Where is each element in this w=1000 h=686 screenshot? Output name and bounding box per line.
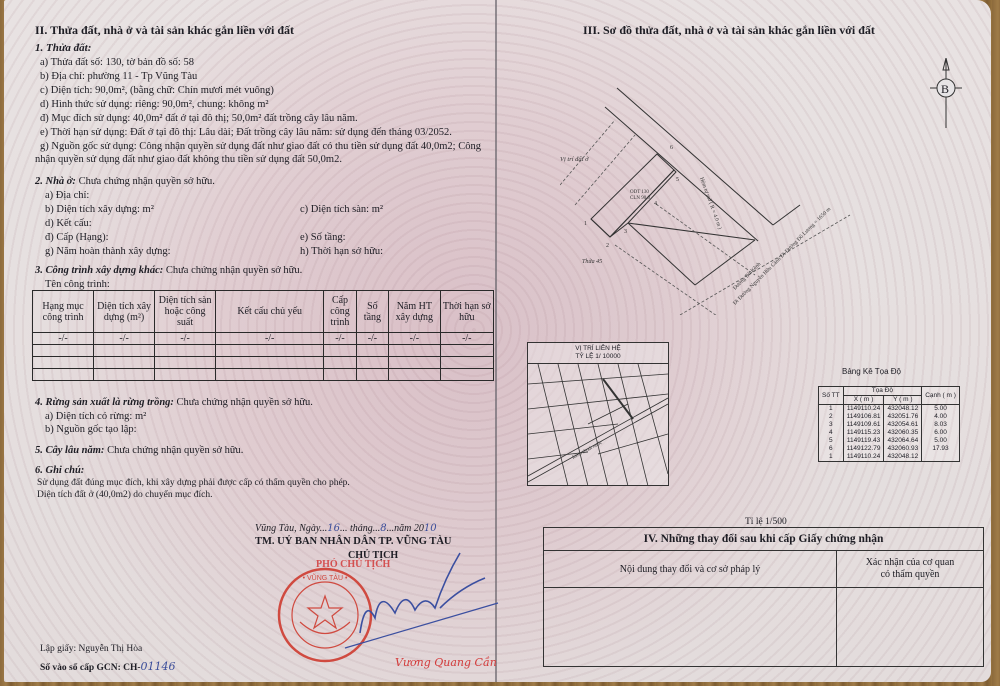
signature-scribble <box>320 548 500 658</box>
coord-cell: 1149122.79 <box>843 445 884 453</box>
changes-content-cell <box>544 588 837 667</box>
house-heading: 2. Nhà ở: <box>35 176 76 187</box>
works-cell: -/- <box>389 333 441 345</box>
col-coord: Tọa Độ <box>843 387 922 396</box>
coord-row: 21149106.81432051.764.00 <box>819 413 960 421</box>
works-col-header: Diện tích xây dựng (m²) <box>94 291 155 333</box>
prepared-by: Lập giấy: Nguyễn Thị Hòa <box>40 643 142 656</box>
works-cell: -/- <box>440 333 493 345</box>
plot-area: CLN 90.0 <box>630 196 651 201</box>
location-map: VỊ TRÍ LIÊN HỆ TỶ LỆ 1/ 10000 Kênh thoát… <box>527 342 669 486</box>
coord-cell: 1149110.24 <box>843 453 884 462</box>
section-ii-title: II. Thửa đất, nhà ở và tài sản khác gắn … <box>35 24 294 37</box>
location-map-header: VỊ TRÍ LIÊN HỆ TỶ LỆ 1/ 10000 <box>528 343 668 364</box>
works-cell <box>356 369 388 381</box>
other-works-table: Hạng mục công trìnhDiện tích xây dựng (m… <box>32 290 494 381</box>
works-cell <box>356 345 388 357</box>
works-col-header: Năm HT xây dựng <box>389 291 441 333</box>
coord-cell: 5.00 <box>922 405 960 414</box>
coord-row: 11149110.24432048.12 <box>819 453 960 462</box>
coord-cell: 6.00 <box>922 429 960 437</box>
site-label: Vị trí đất ở <box>560 156 589 163</box>
works-col-header: Thời hạn sở hữu <box>440 291 493 333</box>
works-cell <box>389 357 441 369</box>
svg-text:1: 1 <box>584 221 587 227</box>
house-status: Chưa chứng nhận quyền sở hữu. <box>76 176 215 187</box>
coord-cell: 1 <box>819 453 844 462</box>
house-e: e) Số tầng: <box>300 231 346 244</box>
works-cell: -/- <box>94 333 155 345</box>
works-cell <box>94 345 155 357</box>
coord-table-title: Bảng Kê Tọa Độ <box>842 367 901 376</box>
coord-cell: 6 <box>819 445 844 453</box>
coord-cell: 1149110.24 <box>843 405 884 414</box>
coord-cell: 432051.76 <box>884 413 922 421</box>
works-cell <box>216 357 324 369</box>
works-row: -/--/--/--/--/--/--/--/- <box>33 333 494 345</box>
coord-cell: 1149119.43 <box>843 437 884 445</box>
works-cell <box>389 369 441 381</box>
works-cell <box>33 357 94 369</box>
works-col-header: Kết cấu chủ yếu <box>216 291 324 333</box>
perennial-status: Chưa chứng nhận quyền sở hữu. <box>104 445 243 456</box>
gcn-label: Số vào sổ cấp GCN: CH- <box>40 663 141 673</box>
svg-text:3: 3 <box>624 229 627 235</box>
date-prefix: Vũng Tàu, Ngày <box>255 523 320 534</box>
house-b: b) Diện tích xây dựng: m² <box>45 203 154 216</box>
works-cell <box>389 345 441 357</box>
works-cell <box>324 369 356 381</box>
changes-title: IV. Những thay đổi sau khi cấp Giấy chứn… <box>544 528 984 551</box>
land-c: c) Diện tích: 90,0m², (bằng chữ: Chín mư… <box>40 84 274 97</box>
plot-code: ODT 130 <box>630 190 649 195</box>
works-cell: -/- <box>324 333 356 345</box>
changes-col1: Nội dung thay đổi và cơ sở pháp lý <box>544 551 837 588</box>
date-month: 8 <box>380 523 386 534</box>
date-year: 10 <box>424 523 437 534</box>
coord-cell: 4 <box>819 429 844 437</box>
works-cell <box>216 369 324 381</box>
gcn-number: 01146 <box>141 660 176 673</box>
svg-text:Đi Đường Nguyễn Hữu Cảnh Đi Đ: Đi Đường Nguyễn Hữu Cảnh Đi Đường Đô Lươ… <box>731 205 832 306</box>
coord-cell: 1149115.23 <box>843 429 884 437</box>
section-iii-title: III. Sơ đồ thửa đất, nhà ở và tài sản kh… <box>583 24 875 37</box>
signer-name: Vương Quang Cần <box>395 656 497 669</box>
location-map-scale: TỶ LỆ 1/ 10000 <box>528 353 668 361</box>
svg-text:4: 4 <box>654 201 657 207</box>
street-map-drawing: Kênh thoát nước <box>528 364 668 486</box>
coord-table: Số TT Tọa Độ Cạnh ( m ) X ( m ) Y ( m ) … <box>818 386 960 462</box>
changes-confirm-cell <box>837 588 984 667</box>
works-col-header: Số tầng <box>356 291 388 333</box>
year-label: năm 20 <box>394 523 424 534</box>
changes-table: IV. Những thay đổi sau khi cấp Giấy chứn… <box>543 527 984 667</box>
coord-cell: 432048.12 <box>884 453 922 462</box>
works-cell <box>33 369 94 381</box>
forest-status: Chưa chứng nhận quyền sở hữu. <box>174 397 313 408</box>
land-heading: 1. Thửa đất: <box>35 42 91 55</box>
sign-date: Vũng Tàu, Ngày...16... tháng...8...năm 2… <box>255 522 437 535</box>
works-col-header: Hạng mục công trình <box>33 291 94 333</box>
coord-row: 31149109.61432054.618.03 <box>819 421 960 429</box>
works-cell <box>216 345 324 357</box>
coord-row: 51149119.43432064.645.00 <box>819 437 960 445</box>
house-a: a) Địa chỉ: <box>45 189 89 202</box>
land-g1: g) Nguồn gốc sử dụng: Công nhận quyền sử… <box>40 140 481 153</box>
works-cell <box>155 357 216 369</box>
perennial-heading: 5. Cây lâu năm: <box>35 445 104 456</box>
forest-a: a) Diện tích có rừng: m² <box>45 410 146 423</box>
coord-row: 61149122.79432060.9317.93 <box>819 445 960 453</box>
coord-cell: 432048.12 <box>884 405 922 414</box>
forest-heading: 4. Rừng sản xuất là rừng trồng: <box>35 397 174 408</box>
works-cell: -/- <box>216 333 324 345</box>
works-cell <box>356 357 388 369</box>
coord-cell: 8.03 <box>922 421 960 429</box>
house-d: d) Kết cấu: <box>45 217 92 230</box>
land-g2: nhận quyền sử dụng đất như giao đất khôn… <box>35 153 342 166</box>
coord-cell: 432060.35 <box>884 429 922 437</box>
coord-cell: 432054.61 <box>884 421 922 429</box>
other-works-heading: 3. Công trình xây dựng khác: <box>35 265 163 276</box>
works-cell <box>440 345 493 357</box>
land-a: a) Thửa đất số: 130, tờ bản đồ số: 58 <box>40 56 194 69</box>
date-day: 16 <box>327 523 340 534</box>
coord-cell: 5.00 <box>922 437 960 445</box>
works-cell: -/- <box>155 333 216 345</box>
works-row <box>33 369 494 381</box>
coord-cell: 432060.93 <box>884 445 922 453</box>
works-cell <box>94 357 155 369</box>
coord-cell: 1 <box>819 405 844 414</box>
works-row <box>33 345 494 357</box>
works-row <box>33 357 494 369</box>
works-cell <box>440 357 493 369</box>
works-cell: -/- <box>356 333 388 345</box>
house-c: c) Diện tích sàn: m² <box>300 203 383 216</box>
gcn-line: Số vào sổ cấp GCN: CH-01146 <box>40 660 176 675</box>
house-heading-line: 2. Nhà ở: Chưa chứng nhận quyền sở hữu. <box>35 175 215 188</box>
land-dd: đ) Mục đích sử dụng: 40,0m² đất ở tại đô… <box>40 112 358 125</box>
north-label: B <box>941 82 949 97</box>
changes-col2: Xác nhận của cơ quancó thẩm quyền <box>837 551 984 588</box>
notes-line2: Diện tích đất ở (40,0m2) do chuyển mục đ… <box>37 489 212 502</box>
month-label: tháng <box>350 523 373 534</box>
col-x: X ( m ) <box>843 396 884 405</box>
col-edge: Cạnh ( m ) <box>922 387 960 405</box>
coord-cell: 5 <box>819 437 844 445</box>
col-no: Số TT <box>819 387 844 405</box>
forest-b: b) Nguồn gốc tạo lập: <box>45 423 137 436</box>
works-cell <box>155 369 216 381</box>
house-dd: đ) Cấp (Hạng): <box>45 231 109 244</box>
location-map-title: VỊ TRÍ LIÊN HỆ <box>528 345 668 353</box>
house-g: g) Năm hoàn thành xây dựng: <box>45 245 171 258</box>
works-cell <box>155 345 216 357</box>
svg-text:Hẻm tự mở ( R = 4.0 m ): Hẻm tự mở ( R = 4.0 m ) <box>698 176 723 230</box>
coord-row: 11149110.24432048.125.00 <box>819 405 960 414</box>
forest-heading-line: 4. Rừng sản xuất là rừng trồng: Chưa chứ… <box>35 396 313 409</box>
authority-name: TM. UỶ BAN NHÂN DÂN TP. VŨNG TÀU <box>255 535 452 548</box>
changes-col2-line1: Xác nhận của cơ quan <box>866 557 955 568</box>
works-cell <box>440 369 493 381</box>
other-works-status: Chưa chứng nhận quyền sở hữu. <box>163 265 302 276</box>
plot-diagram: 6 5 4 3 2 1 Vị trí đất ở Thửa 45 ODT 130… <box>560 85 860 315</box>
works-col-header: Cấp công trình <box>324 291 356 333</box>
coord-row: 41149115.23432060.356.00 <box>819 429 960 437</box>
land-b: b) Địa chỉ: phường 11 - Tp Vũng Tàu <box>40 70 197 83</box>
works-cell <box>324 345 356 357</box>
land-e: e) Thời hạn sử dụng: Đất ở tại đô thị: L… <box>40 126 452 139</box>
coord-cell: 17.93 <box>922 445 960 453</box>
changes-col2-line2: có thẩm quyền <box>881 569 940 580</box>
notes-heading: 6. Ghi chú: <box>35 464 84 477</box>
coord-cell: 1149109.61 <box>843 421 884 429</box>
land-d: d) Hình thức sử dụng: riêng: 90,0m², chu… <box>40 98 269 111</box>
works-cell: -/- <box>33 333 94 345</box>
perennial-heading-line: 5. Cây lâu năm: Chưa chứng nhận quyền sở… <box>35 444 243 457</box>
coord-cell: 432064.64 <box>884 437 922 445</box>
works-cell <box>33 345 94 357</box>
other-works-heading-line: 3. Công trình xây dựng khác: Chưa chứng … <box>35 264 302 277</box>
works-col-header: Diện tích sàn hoặc công suất <box>155 291 216 333</box>
svg-text:5: 5 <box>676 177 679 183</box>
svg-text:2: 2 <box>606 243 609 249</box>
col-y: Y ( m ) <box>884 396 922 405</box>
vertex-6: 6 <box>670 145 673 151</box>
coord-cell: 4.00 <box>922 413 960 421</box>
works-cell <box>94 369 155 381</box>
coord-cell: 3 <box>819 421 844 429</box>
coord-cell: 2 <box>819 413 844 421</box>
house-h: h) Thời hạn sở hữu: <box>300 245 383 258</box>
works-cell <box>324 357 356 369</box>
coord-cell <box>922 453 960 462</box>
coord-cell: 1149106.81 <box>843 413 884 421</box>
neighbor-label: Thửa 45 <box>582 258 602 265</box>
